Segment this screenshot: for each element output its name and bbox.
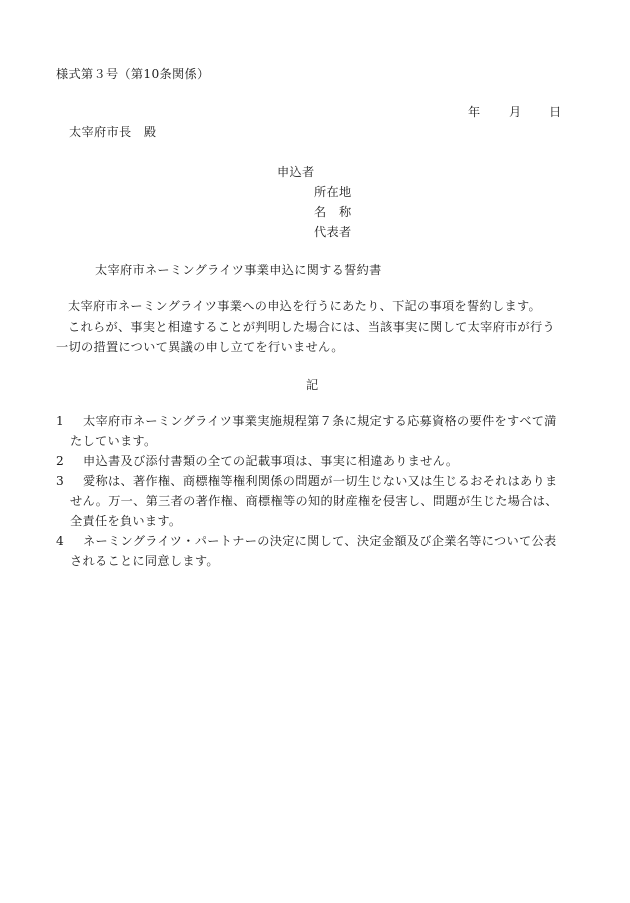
date-day-label: 日 <box>549 104 562 120</box>
item-number: 2 <box>56 453 64 469</box>
item-line: 全責任を負います。 <box>70 513 181 529</box>
form-number: 様式第３号（第10条関係） <box>56 66 209 82</box>
body-paragraph-1: 太宰府市ネーミングライツ事業への申込を行うにあたり、下記の事項を誓約します。 <box>68 298 541 314</box>
date-year-label: 年 <box>468 104 481 120</box>
body-paragraph-2-line-2: 一切の措置について異議の申し立てを行いません。 <box>56 339 344 355</box>
applicant-representative-label: 代表者 <box>314 224 351 240</box>
body-paragraph-2-line-1: これらが、事実と相違することが判明した場合には、当該事実に関して太宰府市が行う <box>68 319 555 335</box>
applicant-label: 申込者 <box>277 164 314 180</box>
applicant-name-label: 名 称 <box>314 204 351 220</box>
item-line: たしています。 <box>70 433 156 449</box>
item-number: 4 <box>56 533 64 549</box>
item-line: 申込書及び添付書類の全ての記載事項は、事実に相違ありません。 <box>83 453 458 469</box>
item-line: 愛称は、著作権、商標権等権利関係の問題が一切生じない又は生じるおそれはありま <box>83 473 558 489</box>
item-line: ネーミングライツ・パートナーの決定に関して、決定金額及び企業名等について公表 <box>83 533 556 549</box>
item-number: 3 <box>56 473 64 489</box>
item-line: 太宰府市ネーミングライツ事業実施規程第７条に規定する応募資格の要件をすべて満 <box>83 413 557 429</box>
date-month-label: 月 <box>509 104 522 120</box>
item-line: せん。万一、第三者の著作権、商標権等の知的財産権を侵害し、問題が生じた場合は、 <box>70 493 558 509</box>
item-number: 1 <box>56 413 64 429</box>
addressee: 太宰府市長 殿 <box>69 124 156 140</box>
document-title: 太宰府市ネーミングライツ事業申込に関する誓約書 <box>95 262 382 278</box>
item-line: されることに同意します。 <box>70 553 219 569</box>
ki-heading: 記 <box>306 377 319 393</box>
applicant-address-label: 所在地 <box>314 184 351 200</box>
